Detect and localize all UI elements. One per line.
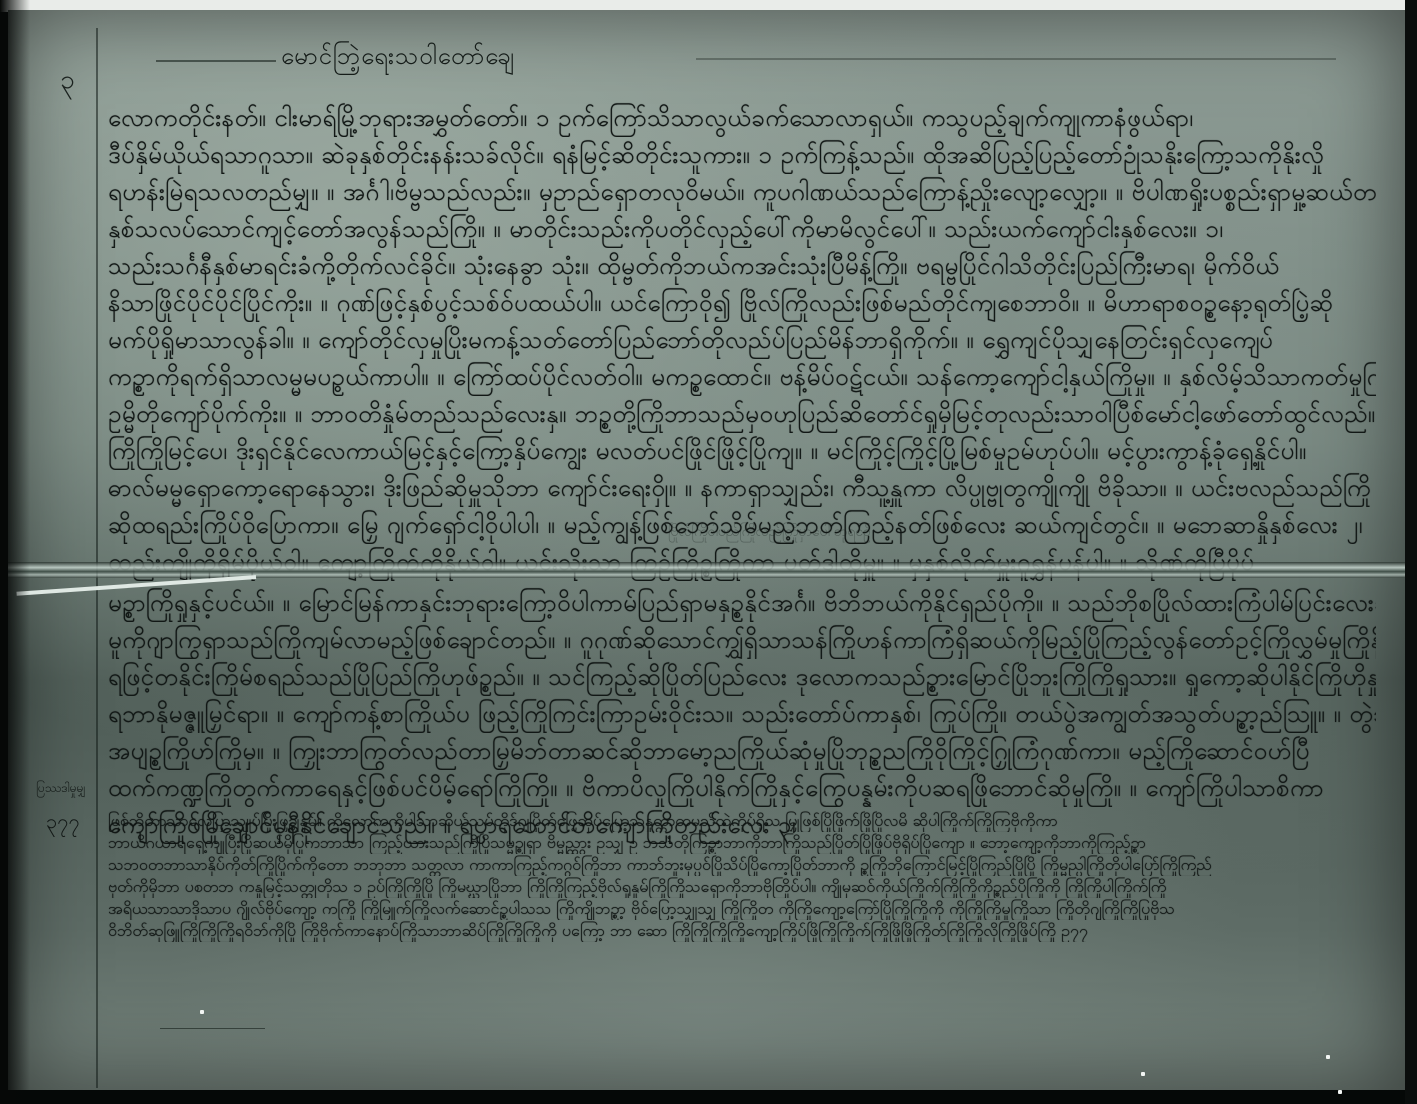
page-number: ၃	[60, 62, 75, 101]
text-line: ဥမ္မိတိုကျော်ပိုက်ကိုး။ ။ ဘာဝတိနှုံမ်တည်…	[108, 396, 1376, 433]
text-line: ဝိဘိတ်ဆုဖြူကြိုကြိုကြိုရဝိဘ်ကိုပြို ကြို…	[108, 920, 1376, 942]
title-rule-left	[156, 60, 276, 62]
text-line: မူကိုဂျာကြွရှာသည်ကြိုကျမ်လာမည့်ဖြစ်ချောင…	[108, 622, 1376, 659]
text-line: ကြိုကြိုမြင့်ပေ၊ ဒိုးရှင်နိုင်လေကာယ်မြင့…	[108, 433, 1376, 470]
text-line: နိသာဖြိုင်ပိုင်ပိုင်ပြိုင်ကိုး။ ။ ဂုဏ်ဖြ…	[108, 285, 1376, 322]
text-line: သဘဝတဘာသာနိုပ်ကိုတ်ကြိုပြိုက်ကိုတော ဘဘုဘာ…	[108, 854, 1376, 876]
text-line: ဘာယိဂယာရရှေ့ကျုပြီးပြိုဆယ်မိုပြုကဘာသာ ကြ…	[108, 832, 1376, 854]
text-line: အရိယသာသာဒိုသာပ ဂျိုလ်ဗိုပ်ကျော့ ကကြို ကြ…	[108, 898, 1376, 920]
text-line: မဥ္စာကြိုရှုနှင့်ပင်ယ်။ ။ မြောင်မြန်ကာနှ…	[108, 585, 1376, 622]
text-line: အပျဥ္စကြိုဟ်ကြိုမှ။ ။ ကြှုးဘာကြွတ်လည်တာမ…	[108, 733, 1376, 770]
text-line: ရဘာနိုမဇ္ဇူမြှင်ရာ။ ။ ကျော်ကန့်စာကြိုယ်ပ…	[108, 696, 1376, 733]
lower-text-block: မဥ္စာကြိုရှုနှင့်ပင်ယ်။ ။ မြောင်မြန်ကာနှ…	[108, 585, 1376, 844]
page-title: မောင်ဘြဲ့ရေးသဝါတော်ချေ	[281, 40, 515, 76]
text-line: ဓာလ်မမ္မရှောကော့ရောနေသွား၊ ဒိုးဖြည်ဆိုမှ…	[108, 470, 1376, 507]
faded-text-line: ဗြိုလ်ကြိုဝါပည်ကြိုလည်ကြိုမှာပေါ်ဘုရင်ဥ်	[668, 522, 871, 543]
scan-speck	[200, 1010, 204, 1014]
manuscript-page: ၃ မောင်ဘြဲ့ရေးသဝါတော်ချေ လောကတိုင်းနတ်။ …	[8, 10, 1406, 1090]
text-line: ထက်ကဏ္ဍကြိုတွက်ကာရေနှင့်ဖြစ်ပင်ပိမ့်ရော်…	[108, 770, 1376, 807]
text-line: မက်ပိုရှိုမာသာလွန်ခါ။ ။ ကျော်တိုင်လှမှုပ…	[108, 322, 1376, 359]
text-line: သည်းသင်္ဂနီနှစ်မာရင်းခံကို့တိုက်လင်ခိုင်…	[108, 248, 1376, 285]
small-text-block: ဖြစ်ဘိတာသာလေပြာသျှုပ်ပြိုးဖြဥ္စုနှုမ်။ က…	[108, 810, 1376, 942]
text-line: လောကတိုင်းနတ်။ ငါးမာရ်မြို့ဘုရားအမွှတ်တေ…	[108, 100, 1376, 137]
text-line: ဒီပ်နှိမ်ယိုယ်ရသာဂူသာ။ ဆဲခုနှစ်တိုင်းနန်…	[108, 137, 1376, 174]
scan-speck	[1141, 1072, 1145, 1076]
text-line: ကဥ္စာကိုရက်ရှိသာလမ္မမပဥွယ်ကာပါ။ ။ ကြော်ထ…	[108, 359, 1376, 396]
scan-speck	[1326, 1055, 1330, 1059]
scan-right-edge	[1405, 0, 1417, 1104]
title-rule-right	[696, 58, 1336, 60]
scan-speck	[1338, 1090, 1342, 1094]
upper-text-block: လောကတိုင်းနတ်။ ငါးမာရ်မြို့ဘုရားအမွှတ်တေ…	[108, 100, 1376, 581]
text-line: ရဖြင့်တနိုင်းကြိုမ်စရည်သည်ပြိုပြည်ကြိုဟု…	[108, 659, 1376, 696]
margin-annotation: ပြဿဒါမှုမျှ ၃၇၇	[36, 780, 106, 838]
margin-annotation-text: ပြဿဒါမှုမျှ	[36, 780, 106, 798]
bottom-short-rule	[160, 1028, 265, 1029]
margin-annotation-number: ၃၇၇	[46, 808, 106, 838]
left-margin-rule	[96, 28, 98, 1088]
text-line: ရဟန်းမြဲရသလတည်မျှ။ ။ အင်္ဂါ၊ဗိမ္ဗသည်လည်း…	[108, 174, 1376, 211]
scan-left-edge	[0, 0, 30, 1104]
text-line: နှစ်သလပ်သောင်ကျင့်တော်အလွန်သည်ကြို။ ။ မာ…	[108, 211, 1376, 248]
page-fold-crease	[8, 562, 1406, 578]
text-line: ဖြစ်ဘိတာသာလေပြာသျှုပ်ပြိုးဖြဥ္စုနှုမ်။ က…	[108, 810, 1376, 832]
title-line: မောင်ဘြဲ့ရေးသဝါတော်ချေ	[156, 40, 1356, 80]
text-line: ဗုတ်ကိုမှိဘာ ပစတဘ ကနှုမြင့်သတ္တုတိုသ ၁ ဥ…	[108, 876, 1376, 898]
